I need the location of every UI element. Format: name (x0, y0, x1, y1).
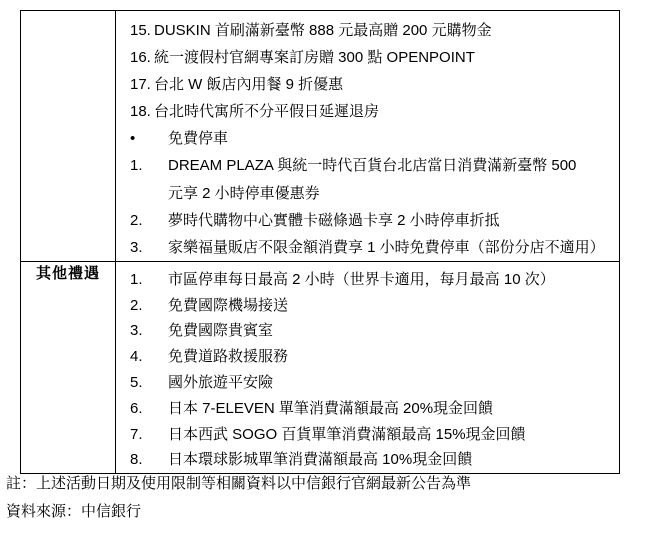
benefits-table: 15.DUSKIN 首刷滿新臺幣 888 元最高贈 200 元購物金16.統一渡… (20, 10, 620, 474)
row-label-cell: 其他禮遇 (21, 261, 116, 473)
list-item: •免費停車 (130, 125, 619, 152)
list-item-marker: 2. (130, 207, 168, 234)
row-label-cell (21, 11, 116, 262)
list-item-text: 統一渡假村官網專案訂房贈 300 點 OPENPOINT (154, 44, 475, 71)
note-line: 註：上述活動日期及使用限制等相關資料以中信銀行官網最新公告為準 (6, 470, 471, 498)
list-item-marker: 6. (130, 396, 168, 422)
list-item-text: DREAM PLAZA 與統一時代百貨台北店當日消費滿新臺幣 500 (168, 152, 576, 179)
list-item: 6.日本 7-ELEVEN 單筆消費滿額最高 20%現金回饋 (130, 396, 619, 422)
table-row: 15.DUSKIN 首刷滿新臺幣 888 元最高贈 200 元購物金16.統一渡… (21, 11, 620, 262)
list-item: 3.家樂福量販店不限金額消費享 1 小時免費停車（部份分店不適用） (130, 234, 619, 261)
list-item-marker: 4. (130, 344, 168, 370)
list-item-text: 市區停車每日最高 2 小時（世界卡適用，每月最高 10 次） (168, 267, 555, 293)
list-item: 2.免費國際機場接送 (130, 293, 619, 319)
list-item-text: 免費國際機場接送 (168, 293, 288, 319)
list-item-text: DUSKIN 首刷滿新臺幣 888 元最高贈 200 元購物金 (154, 17, 492, 44)
list-item-text: 元享 2 小時停車優惠券 (168, 180, 320, 207)
list-item: 1.市區停車每日最高 2 小時（世界卡適用，每月最高 10 次） (130, 267, 619, 293)
list-item: 7.日本西武 SOGO 百貨單筆消費滿額最高 15%現金回饋 (130, 422, 619, 448)
footer: 註：上述活動日期及使用限制等相關資料以中信銀行官網最新公告為準 資料來源：中信銀… (6, 470, 471, 525)
list-item: 5.國外旅遊平安險 (130, 370, 619, 396)
list-item-marker: 1. (130, 267, 168, 293)
list-item-marker: 5. (130, 370, 168, 396)
list-item-text: 台北 W 飯店內用餐 9 折優惠 (154, 71, 343, 98)
list-item-text: 免費國際貴賓室 (168, 318, 273, 344)
list-item-text: 國外旅遊平安險 (168, 370, 273, 396)
list-item: 18.台北時代寓所不分平假日延遲退房 (130, 98, 619, 125)
list-item-text: 日本西武 SOGO 百貨單筆消費滿額最高 15%現金回饋 (168, 422, 526, 448)
document-page: 15.DUSKIN 首刷滿新臺幣 888 元最高贈 200 元購物金16.統一渡… (0, 0, 651, 548)
list-item-marker: 3. (130, 318, 168, 344)
list-item-text: 日本 7-ELEVEN 單筆消費滿額最高 20%現金回饋 (168, 396, 493, 422)
list-item-marker: 2. (130, 293, 168, 319)
list-item: 3.免費國際貴賓室 (130, 318, 619, 344)
row-content-cell: 1.市區停車每日最高 2 小時（世界卡適用，每月最高 10 次）2.免費國際機場… (116, 261, 620, 473)
list-item: 15.DUSKIN 首刷滿新臺幣 888 元最高贈 200 元購物金 (130, 17, 619, 44)
list-item-text: 家樂福量販店不限金額消費享 1 小時免費停車（部份分店不適用） (168, 234, 605, 261)
list-item-marker: 15. (130, 17, 154, 44)
benefit-list: 15.DUSKIN 首刷滿新臺幣 888 元最高贈 200 元購物金16.統一渡… (116, 11, 619, 261)
list-item-marker: 3. (130, 234, 168, 261)
benefit-list: 1.市區停車每日最高 2 小時（世界卡適用，每月最高 10 次）2.免費國際機場… (116, 262, 619, 473)
row-content-cell: 15.DUSKIN 首刷滿新臺幣 888 元最高贈 200 元購物金16.統一渡… (116, 11, 620, 262)
list-item: 17.台北 W 飯店內用餐 9 折優惠 (130, 71, 619, 98)
list-item: 4.免費道路救援服務 (130, 344, 619, 370)
bullet-icon: • (130, 125, 168, 152)
list-item-marker: 17. (130, 71, 154, 98)
source-line: 資料來源：中信銀行 (6, 498, 471, 526)
list-item: 元享 2 小時停車優惠券 (130, 180, 619, 207)
list-item-text: 夢時代購物中心實體卡磁條過卡享 2 小時停車折抵 (168, 207, 500, 234)
list-item-marker: 16. (130, 44, 154, 71)
list-item-marker (130, 180, 168, 207)
list-item: 2.夢時代購物中心實體卡磁條過卡享 2 小時停車折抵 (130, 207, 619, 234)
list-item-marker: 1. (130, 152, 168, 179)
list-item-marker: 7. (130, 422, 168, 448)
list-item-marker: 18. (130, 98, 154, 125)
list-item: 16.統一渡假村官網專案訂房贈 300 點 OPENPOINT (130, 44, 619, 71)
list-item-text: 免費停車 (168, 125, 228, 152)
list-item-text: 台北時代寓所不分平假日延遲退房 (154, 98, 379, 125)
table-row: 其他禮遇 1.市區停車每日最高 2 小時（世界卡適用，每月最高 10 次）2.免… (21, 261, 620, 473)
list-item: 1.DREAM PLAZA 與統一時代百貨台北店當日消費滿新臺幣 500 (130, 152, 619, 179)
list-item-text: 免費道路救援服務 (168, 344, 288, 370)
